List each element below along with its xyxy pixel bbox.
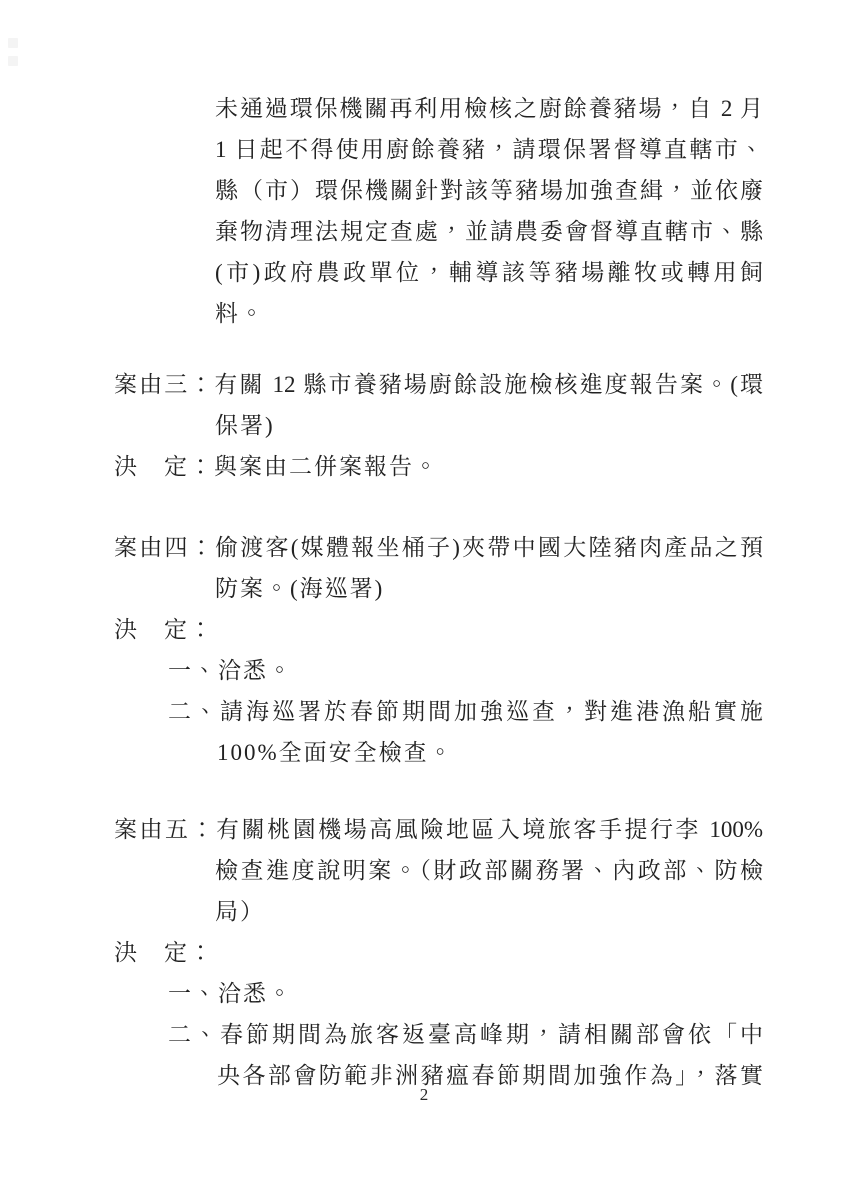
case-4-section: 案由四：偷渡客(媒體報坐桶子)夾帶中國大陸豬肉產品之預 防案。(海巡署) 決 定… (114, 527, 763, 773)
decision-line: 決 定：與案由二併案報告。 (114, 446, 763, 487)
case-title-line: 案由三：有關 12 縣市養豬場廚餘設施檢核進度報告案。(環 (114, 364, 763, 405)
list-item-line: 二、請海巡署於春節期間加強巡查，對進港漁船實施 (168, 691, 763, 732)
list-item-line: 一、洽悉。 (168, 973, 763, 1014)
text-line: 局） (215, 891, 763, 932)
decision-line: 決 定： (114, 932, 763, 973)
scan-speck (8, 56, 18, 66)
case-title-line: 案由四：偷渡客(媒體報坐桶子)夾帶中國大陸豬肉產品之預 (114, 527, 763, 568)
text-line: 未通過環保機關再利用檢核之廚餘養豬場，自 2 月 (215, 88, 763, 129)
text-line: 料。 (215, 293, 763, 334)
text-line: 防案。(海巡署) (215, 568, 763, 609)
case-2-continuation-paragraph: 未通過環保機關再利用檢核之廚餘養豬場，自 2 月 1 日起不得使用廚餘養豬，請環… (215, 88, 763, 334)
list-item-line: 二、春節期間為旅客返臺高峰期，請相關部會依「中 (168, 1014, 763, 1055)
case-3-section: 案由三：有關 12 縣市養豬場廚餘設施檢核進度報告案。(環 保署) 決 定：與案… (114, 364, 763, 487)
case-5-section: 案由五：有關桃園機場高風險地區入境旅客手提行李 100% 檢查進度說明案。（財政… (114, 809, 763, 1096)
text-line: 保署) (215, 405, 763, 446)
scan-speck (8, 38, 18, 48)
document-page: 未通過環保機關再利用檢核之廚餘養豬場，自 2 月 1 日起不得使用廚餘養豬，請環… (0, 0, 848, 1200)
decision-line: 決 定： (114, 609, 763, 650)
text-line: 棄物清理法規定查處，並請農委會督導直轄市、縣 (215, 211, 763, 252)
page-number: 2 (0, 1085, 848, 1105)
list-item-line: 一、洽悉。 (168, 650, 763, 691)
text-line: 100%全面安全檢查。 (217, 732, 763, 773)
text-line: 1 日起不得使用廚餘養豬，請環保署督導直轄市、 (215, 129, 763, 170)
text-line: 檢查進度說明案。（財政部關務署、內政部、防檢 (215, 850, 763, 891)
text-line: (市)政府農政單位，輔導該等豬場離牧或轉用飼 (215, 252, 763, 293)
case-title-line: 案由五：有關桃園機場高風險地區入境旅客手提行李 100% (114, 809, 763, 850)
text-line: 縣（市）環保機關針對該等豬場加強查緝，並依廢 (215, 170, 763, 211)
